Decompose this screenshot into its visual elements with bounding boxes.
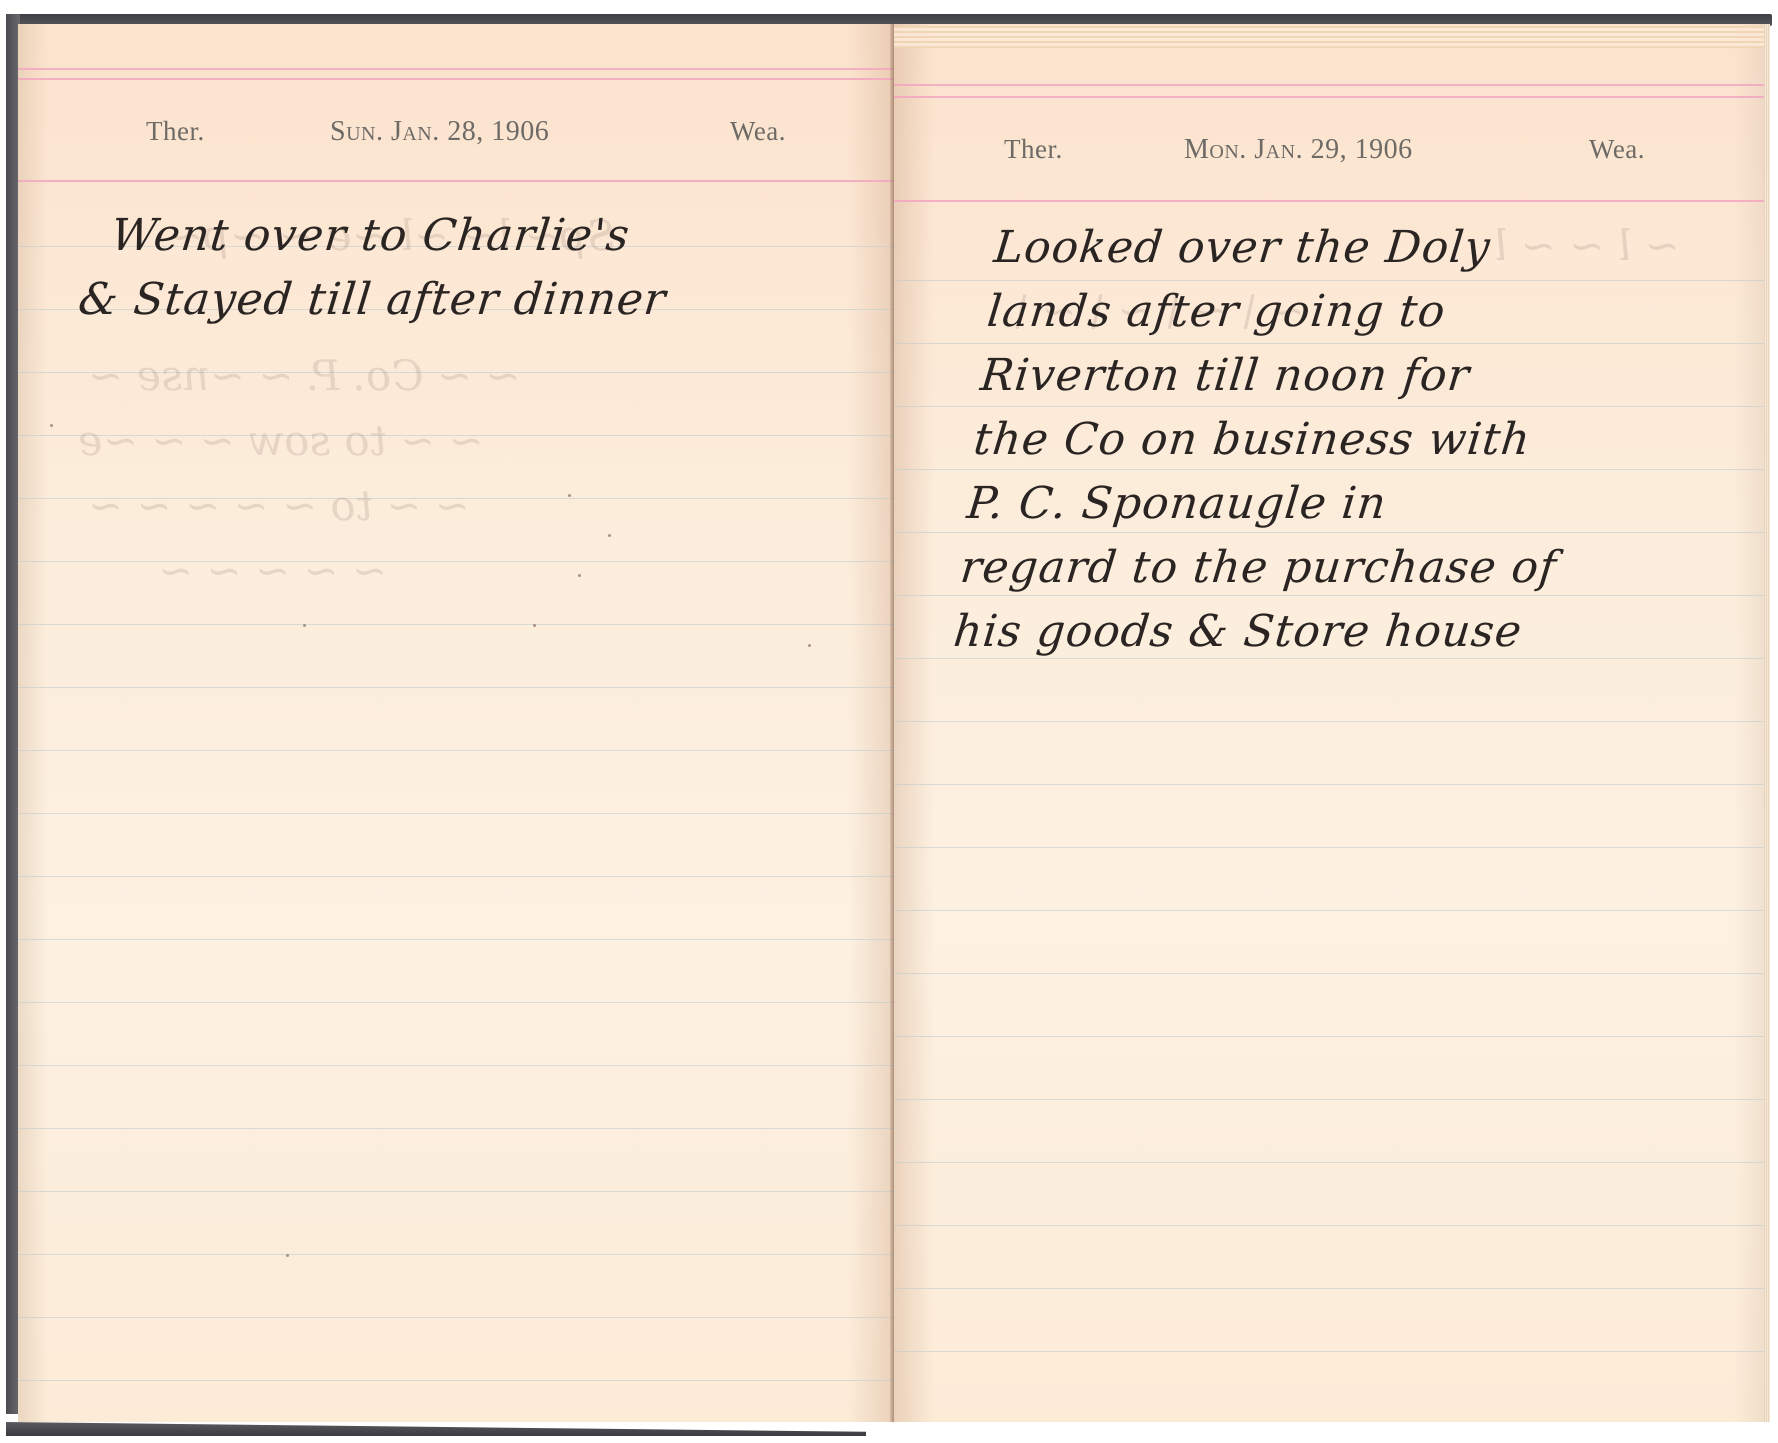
ruled-line <box>18 939 894 940</box>
entry-line: P. C. Sponaugle in <box>964 472 1567 536</box>
ink-speck <box>568 494 571 497</box>
right-page: Ther. Mon. Jan. 29, 1906 Wea. ~ l ~ ~ l … <box>894 24 1764 1422</box>
right-page-entry: Looked over the Doly lands after going t… <box>950 216 1593 664</box>
bleed-through-ink: ~ ~ Co. P. ~ ~nse ~ <box>85 344 524 408</box>
entry-line: & Stayed till after dinner <box>75 268 669 332</box>
entry-line: the Co on business with <box>971 408 1574 472</box>
ruled-line <box>18 1065 894 1066</box>
ink-speck <box>533 624 536 627</box>
page-stack-edge <box>894 26 1770 48</box>
ruled-line <box>894 784 1764 785</box>
entry-line: his goods & Store house <box>950 600 1553 664</box>
entry-line: Went over to Charlie's <box>108 204 676 268</box>
left-page: Ther. Sun. Jan. 28, 1906 Wea. Sp~ l~ ~l … <box>18 24 894 1422</box>
ruled-line <box>18 1317 894 1318</box>
ruled-line <box>18 1002 894 1003</box>
page-date: Sun. Jan. 28, 1906 <box>330 116 549 148</box>
ink-speck <box>808 644 811 647</box>
bleed-through-ink: ~ ~ to ~ ~ ~ ~ ~ <box>85 474 474 538</box>
right-page-header: Ther. Mon. Jan. 29, 1906 Wea. <box>894 134 1764 174</box>
ruled-line <box>18 813 894 814</box>
ink-speck <box>608 534 611 537</box>
ruled-line <box>894 1099 1764 1100</box>
bleed-through-ink: ~ ~ to sow ~ ~ ~e <box>75 409 488 473</box>
header-double-rule-top <box>18 68 894 70</box>
ruled-line <box>18 1128 894 1129</box>
ruled-line <box>18 750 894 751</box>
entry-line: Riverton till noon for <box>977 344 1580 408</box>
ruled-line <box>894 1288 1764 1289</box>
header-double-rule-top <box>894 84 1764 86</box>
ruled-line <box>18 1191 894 1192</box>
entry-line: regard to the purchase of <box>957 536 1560 600</box>
ruled-line <box>18 876 894 877</box>
ink-speck <box>286 1254 289 1257</box>
ruled-line <box>18 1254 894 1255</box>
ink-speck <box>578 574 581 577</box>
ink-speck <box>303 624 306 627</box>
weather-label: Wea. <box>1589 134 1645 165</box>
ruled-line <box>894 973 1764 974</box>
ruled-line <box>18 372 894 373</box>
ruled-line <box>894 910 1764 911</box>
ruled-line <box>894 721 1764 722</box>
header-underline <box>18 180 894 182</box>
weather-label: Wea. <box>730 116 786 147</box>
header-double-rule-bottom <box>18 78 894 80</box>
ink-speck <box>50 424 53 427</box>
page-fore-edge <box>1764 24 1770 1422</box>
ruled-line <box>894 1036 1764 1037</box>
open-diary: Ther. Sun. Jan. 28, 1906 Wea. Sp~ l~ ~l … <box>6 14 1772 1434</box>
thermometer-label: Ther. <box>146 116 205 147</box>
header-double-rule-bottom <box>894 96 1764 98</box>
ruled-line <box>18 498 894 499</box>
ruled-line <box>18 435 894 436</box>
thermometer-label: Ther. <box>1004 134 1063 165</box>
header-underline <box>894 200 1764 202</box>
ruled-line <box>18 687 894 688</box>
ruled-line <box>894 1351 1764 1352</box>
left-page-header: Ther. Sun. Jan. 28, 1906 Wea. <box>18 116 894 156</box>
page-date: Mon. Jan. 29, 1906 <box>1184 134 1413 166</box>
entry-line: lands after going to <box>984 280 1587 344</box>
entry-line: Looked over the Doly <box>991 216 1594 280</box>
ruled-line <box>894 1162 1764 1163</box>
ruled-line <box>894 847 1764 848</box>
left-page-entry: Went over to Charlie's & Stayed till aft… <box>101 204 676 332</box>
ruled-line <box>18 1380 894 1381</box>
ruled-line <box>894 1225 1764 1226</box>
book-cover-bottom-edge <box>6 1422 866 1436</box>
bleed-through-ink: ~ ~ ~ ~ ~ <box>155 539 391 603</box>
ruled-line <box>18 561 894 562</box>
ruled-line <box>18 624 894 625</box>
